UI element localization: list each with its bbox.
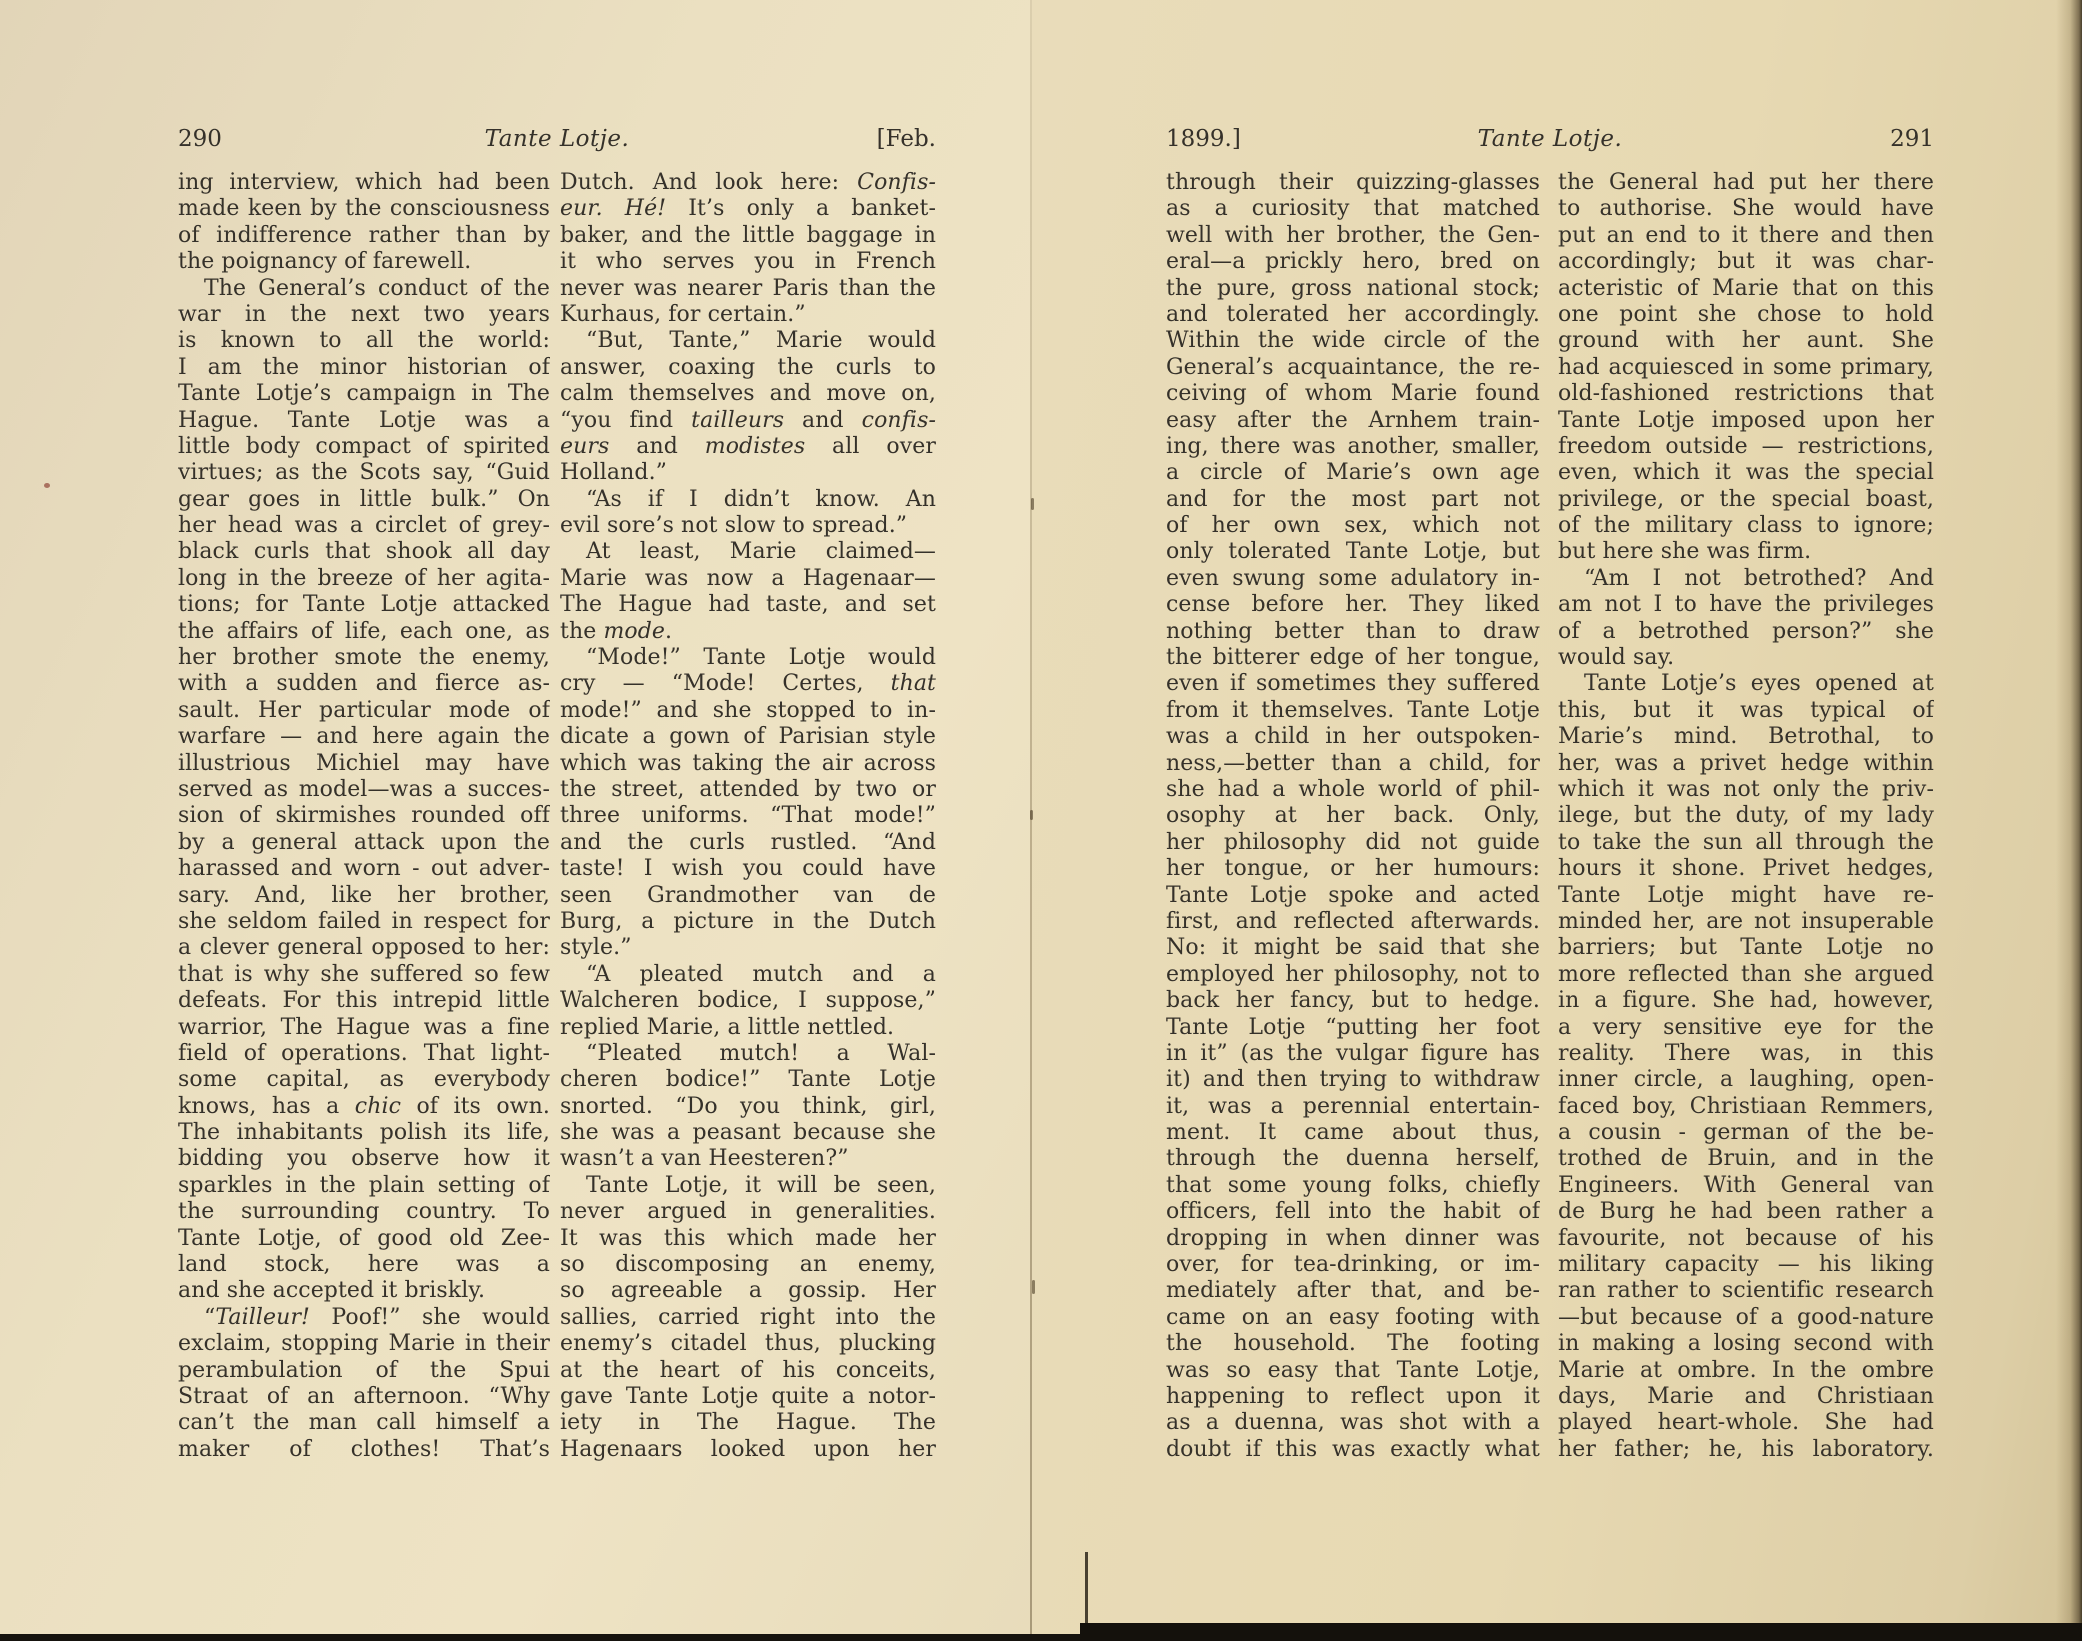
- text-line: the surrounding country. To: [178, 1199, 550, 1225]
- text-line: ground with her aunt. She: [1558, 328, 1934, 354]
- page-edge-nick: [1031, 498, 1034, 510]
- text-line: “you find tailleurs and confis-: [560, 408, 936, 434]
- page-number: 291: [1890, 126, 1934, 152]
- text-column: Dutch. And look here: Confis-eur. Hé! It…: [560, 170, 936, 1463]
- text-line: The Hague had taste, and set: [560, 592, 936, 618]
- text-line: made keen by the consciousness: [178, 196, 550, 222]
- text-line: maker of clothes! That’s: [178, 1437, 550, 1463]
- text-line: Marie’s mind. Betrothal, to: [1558, 724, 1934, 750]
- text-line: Marie was now a Hagenaar—: [560, 566, 936, 592]
- paragraph: “Am I not betrothed? Andam not I to have…: [1558, 566, 1934, 672]
- text-line: trothed de Bruin, and in the: [1558, 1146, 1934, 1172]
- text-line: the poignancy of farewell.: [178, 249, 550, 275]
- text-line: warfare — and here again the: [178, 724, 550, 750]
- text-line: eral—a prickly hero, bred on: [1166, 249, 1540, 275]
- text-line: the General had put her there: [1558, 170, 1934, 196]
- text-line: Hagenaars looked upon her: [560, 1437, 936, 1463]
- text-line: in a figure. She had, however,: [1558, 988, 1934, 1014]
- text-line: “Am I not betrothed? And: [1558, 566, 1934, 592]
- text-line: so discomposing an enemy,: [560, 1252, 936, 1278]
- text-line: even swung some adulatory in-: [1166, 566, 1540, 592]
- text-line: her philosophy did not guide: [1166, 830, 1540, 856]
- text-line: Tante Lotje might have re-: [1558, 883, 1934, 909]
- text-line: it) and then trying to withdraw: [1166, 1067, 1540, 1093]
- page-edge-nick: [1030, 810, 1033, 820]
- text-line: to authorise. She would have: [1558, 196, 1934, 222]
- text-line: “As if I didn’t know. An: [560, 487, 936, 513]
- text-line: minded her, are not insuperable: [1558, 909, 1934, 935]
- text-line: her head was a circlet of grey-: [178, 513, 550, 539]
- text-line: The General’s conduct of the: [178, 276, 550, 302]
- text-line: cheren bodice!” Tante Lotje: [560, 1067, 936, 1093]
- text-line: The inhabitants polish its life,: [178, 1120, 550, 1146]
- paragraph: ing interview, which had beenmade keen b…: [178, 170, 550, 276]
- text-line: calm themselves and move on,: [560, 381, 936, 407]
- text-line: am not I to have the privileges: [1558, 592, 1934, 618]
- text-line: sion of skirmishes rounded off: [178, 803, 550, 829]
- text-line: the bitterer edge of her tongue,: [1166, 645, 1540, 671]
- text-line: exclaim, stopping Marie in their: [178, 1331, 550, 1357]
- text-line: acteristic of Marie that on this: [1558, 276, 1934, 302]
- text-line: military capacity — his liking: [1558, 1252, 1934, 1278]
- text-line: put an end to it there and then: [1558, 223, 1934, 249]
- text-line: had acquiesced in some primary,: [1558, 355, 1934, 381]
- paragraph: At least, Marie claimed—Marie was now a …: [560, 539, 936, 645]
- text-line: “A pleated mutch and a: [560, 962, 936, 988]
- text-line: favourite, not because of his: [1558, 1226, 1934, 1252]
- text-line: even if sometimes they suffered: [1166, 671, 1540, 697]
- text-line: of indifference rather than by: [178, 223, 550, 249]
- text-line: taste! I wish you could have: [560, 856, 936, 882]
- text-line: evil sore’s not slow to spread.”: [560, 513, 936, 539]
- text-line: a circle of Marie’s own age: [1166, 460, 1540, 486]
- ink-speck: [44, 483, 50, 488]
- text-line: “But, Tante,” Marie would: [560, 328, 936, 354]
- text-line: eurs and modistes all over: [560, 434, 936, 460]
- text-line: came on an easy footing with: [1166, 1305, 1540, 1331]
- text-line: inner circle, a laughing, open-: [1558, 1067, 1934, 1093]
- text-line: dicate a gown of Parisian style: [560, 724, 936, 750]
- text-line: harassed and worn - out adver-: [178, 856, 550, 882]
- text-line: land stock, here was a challenge,: [178, 1252, 550, 1278]
- text-line: tions; for Tante Lotje attacked: [178, 592, 550, 618]
- text-line: in making a losing second with: [1558, 1331, 1934, 1357]
- text-line: her tongue, or her humours:: [1166, 856, 1540, 882]
- text-line: of a betrothed person?” she: [1558, 619, 1934, 645]
- text-line: seen Grandmother van de: [560, 883, 936, 909]
- issue-marker: [Feb.: [877, 126, 936, 152]
- text-line: in it” (as the vulgar figure has: [1166, 1041, 1540, 1067]
- right-page-header: 1899.] Tante Lotje. 291: [1166, 126, 1934, 156]
- text-line: officers, fell into the habit of: [1166, 1199, 1540, 1225]
- text-line: played heart-whole. She had: [1558, 1410, 1934, 1436]
- text-line: Marie at ombre. In the ombre: [1558, 1358, 1934, 1384]
- text-line: more reflected than she argued: [1558, 962, 1934, 988]
- text-line: Kurhaus, for certain.”: [560, 302, 936, 328]
- text-line: Tante Lotje’s campaign in The: [178, 381, 550, 407]
- text-line: mode!” and she stopped to in-: [560, 698, 936, 724]
- deckle-edge: [2056, 0, 2082, 1641]
- paragraph: Tante Lotje’s eyes opened atthis, but it…: [1558, 671, 1934, 1463]
- text-line: to take the sun all through the: [1558, 830, 1934, 856]
- paragraph: The General’s conduct of thewar in the n…: [178, 276, 550, 1305]
- text-line: defeats. For this intrepid little: [178, 988, 550, 1014]
- text-line: Tante Lotje, it will be seen,: [560, 1173, 936, 1199]
- text-line: ness,—better than a child, for: [1166, 751, 1540, 777]
- running-title: Tante Lotje.: [1166, 126, 1934, 152]
- text-line: which was taking the air across: [560, 751, 936, 777]
- text-line: Within the wide circle of the: [1166, 328, 1540, 354]
- text-line: as a curiosity that matched: [1166, 196, 1540, 222]
- text-line: “Pleated mutch! a Wal-: [560, 1041, 936, 1067]
- text-line: but here she was firm.: [1558, 539, 1934, 565]
- text-line: it, was a perennial entertain-: [1166, 1094, 1540, 1120]
- text-line: gave Tante Lotje quite a notor-: [560, 1384, 936, 1410]
- text-line: which it was not only the priv-: [1558, 777, 1934, 803]
- text-line: that is why she suffered so few: [178, 962, 550, 988]
- text-line: through their quizzing-glasses: [1166, 170, 1540, 196]
- text-line: served as model—was a succes-: [178, 777, 550, 803]
- text-line: Holland.”: [560, 460, 936, 486]
- text-line: over, for tea-drinking, or im-: [1166, 1252, 1540, 1278]
- text-line: and she accepted it briskly.: [178, 1278, 550, 1304]
- text-line: Tante Lotje imposed upon her: [1558, 408, 1934, 434]
- text-line: sparkles in the plain setting of: [178, 1173, 550, 1199]
- text-line: she was a peasant because she: [560, 1120, 936, 1146]
- text-line: her brother smote the enemy,: [178, 645, 550, 671]
- text-line: never was nearer Paris than the: [560, 276, 936, 302]
- text-line: replied Marie, a little nettled.: [560, 1015, 936, 1041]
- text-line: from it themselves. Tante Lotje: [1166, 698, 1540, 724]
- text-line: the pure, gross national stock;: [1166, 276, 1540, 302]
- text-line: long in the breeze of her agita-: [178, 566, 550, 592]
- text-line: some capital, as everybody: [178, 1067, 550, 1093]
- text-line: reality. There was, in this: [1558, 1041, 1934, 1067]
- text-line: and for the most part not: [1166, 487, 1540, 513]
- paragraph: “As if I didn’t know. Anevil sore’s not …: [560, 487, 936, 540]
- text-line: osophy at her back. Only,: [1166, 803, 1540, 829]
- text-line: Hague. Tante Lotje was a: [178, 408, 550, 434]
- text-line: can’t the man call himself a: [178, 1410, 550, 1436]
- book-scan: { "left_page": { "page_number": "290", "…: [0, 0, 2082, 1641]
- text-line: cry — “Mode! Certes, that: [560, 671, 936, 697]
- text-line: was so easy that Tante Lotje,: [1166, 1358, 1540, 1384]
- gutter-seam: [1030, 0, 1032, 1641]
- text-line: mediately after that, and be-: [1166, 1278, 1540, 1304]
- text-line: and tolerated her accordingly.: [1166, 302, 1540, 328]
- text-line: illustrious Michiel may have: [178, 751, 550, 777]
- text-line: No: it might be said that she: [1166, 935, 1540, 961]
- text-line: first, and reflected afterwards.: [1166, 909, 1540, 935]
- text-line: accordingly; but it was char-: [1558, 249, 1934, 275]
- text-line: “Tailleur! Poof!” she would: [178, 1305, 550, 1331]
- text-line: Walcheren bodice, I suppose,”: [560, 988, 936, 1014]
- text-line: she seldom failed in respect for: [178, 909, 550, 935]
- text-line: Tante Lotje, of good old Zee-: [178, 1226, 550, 1252]
- text-line: ment. It came about thus,: [1166, 1120, 1540, 1146]
- text-line: faced boy, Christiaan Remmers,: [1558, 1094, 1934, 1120]
- text-line: three uniforms. “That mode!”: [560, 803, 936, 829]
- paragraph: through their quizzing-glassesas a curio…: [1166, 170, 1540, 1463]
- text-line: eur. Hé! It’s only a banket-: [560, 196, 936, 222]
- text-line: cense before her. They liked: [1166, 592, 1540, 618]
- text-line: At least, Marie claimed—: [560, 539, 936, 565]
- text-line: ran rather to scientific research: [1558, 1278, 1934, 1304]
- text-line: of her own sex, which not: [1166, 513, 1540, 539]
- text-line: ceiving of whom Marie found: [1166, 381, 1540, 407]
- text-line: the household. The footing: [1166, 1331, 1540, 1357]
- text-line: —but because of a good-nature: [1558, 1305, 1934, 1331]
- text-line: one point she chose to hold: [1558, 302, 1934, 328]
- text-line: as a duenna, was shot with a: [1166, 1410, 1540, 1436]
- text-line: days, Marie and Christiaan: [1558, 1384, 1934, 1410]
- text-line: is known to all the world:: [178, 328, 550, 354]
- text-line: sary. And, like her brother,: [178, 883, 550, 909]
- text-line: of the military class to ignore;: [1558, 513, 1934, 539]
- text-line: even, which it was the special: [1558, 460, 1934, 486]
- text-line: her, was a privet hedge within: [1558, 751, 1934, 777]
- text-line: a cousin - german of the be-: [1558, 1120, 1934, 1146]
- text-line: would say.: [1558, 645, 1934, 671]
- text-line: she had a whole world of phil-: [1166, 777, 1540, 803]
- text-line: warrior, The Hague was a fine: [178, 1015, 550, 1041]
- text-line: well with her brother, the Gen-: [1166, 223, 1540, 249]
- text-line: her father; he, his laboratory.: [1558, 1437, 1934, 1463]
- text-line: so agreeable a gossip. Her: [560, 1278, 936, 1304]
- text-line: that some young folks, chiefly: [1166, 1173, 1540, 1199]
- text-line: privilege, or the special boast,: [1558, 487, 1934, 513]
- text-line: Burg, a picture in the Dutch: [560, 909, 936, 935]
- text-line: style.”: [560, 935, 936, 961]
- text-line: iety in The Hague. The: [560, 1410, 936, 1436]
- text-line: dropping in when dinner was: [1166, 1226, 1540, 1252]
- text-line: ing, there was another, smaller,: [1166, 434, 1540, 460]
- paragraph: “Tailleur! Poof!” she wouldexclaim, stop…: [178, 1305, 550, 1463]
- text-line: de Burg he had been rather a: [1558, 1199, 1934, 1225]
- text-line: ing interview, which had been: [178, 170, 550, 196]
- paragraph: “But, Tante,” Marie wouldanswer, coaxing…: [560, 328, 936, 486]
- text-line: perambulation of the Spui: [178, 1358, 550, 1384]
- running-title: Tante Lotje.: [178, 126, 936, 152]
- text-line: happening to reflect upon it: [1166, 1384, 1540, 1410]
- text-line: I am the minor historian of: [178, 355, 550, 381]
- text-line: through the duenna herself,: [1166, 1146, 1540, 1172]
- text-line: little body compact of spirited: [178, 434, 550, 460]
- paragraph: the General had put her thereto authoris…: [1558, 170, 1934, 566]
- text-line: enemy’s citadel thus, plucking: [560, 1331, 936, 1357]
- text-line: sallies, carried right into the: [560, 1305, 936, 1331]
- bottom-scan-bar: [1080, 1623, 2082, 1641]
- text-line: nothing better than to draw: [1166, 619, 1540, 645]
- text-line: Engineers. With General van: [1558, 1173, 1934, 1199]
- paragraph: “Mode!” Tante Lotje wouldcry — “Mode! Ce…: [560, 645, 936, 962]
- text-line: black curls that shook all day: [178, 539, 550, 565]
- text-line: baker, and the little baggage in: [560, 223, 936, 249]
- text-line: at the heart of his conceits,: [560, 1358, 936, 1384]
- page-edge-nick: [1032, 1280, 1035, 1294]
- text-line: answer, coaxing the curls to: [560, 355, 936, 381]
- text-line: war in the next two years: [178, 302, 550, 328]
- text-line: by a general attack upon the: [178, 830, 550, 856]
- text-line: and the curls rustled. “And: [560, 830, 936, 856]
- text-column: ing interview, which had beenmade keen b…: [178, 170, 550, 1463]
- text-line: virtues; as the Scots say, “Guid: [178, 460, 550, 486]
- left-page-header: 290 Tante Lotje. [Feb.: [178, 126, 936, 156]
- text-line: field of operations. That light-: [178, 1041, 550, 1067]
- text-line: General’s acquaintance, the re-: [1166, 355, 1540, 381]
- text-line: a clever general opposed to her:: [178, 935, 550, 961]
- text-line: bidding you observe how it: [178, 1146, 550, 1172]
- text-line: hours it shone. Privet hedges,: [1558, 856, 1934, 882]
- text-line: snorted. “Do you think, girl,: [560, 1094, 936, 1120]
- text-line: this, but it was typical of: [1558, 698, 1934, 724]
- text-line: barriers; but Tante Lotje no: [1558, 935, 1934, 961]
- text-line: easy after the Arnhem train-: [1166, 408, 1540, 434]
- text-line: gear goes in little bulk.” On: [178, 487, 550, 513]
- text-column: through their quizzing-glassesas a curio…: [1166, 170, 1540, 1463]
- text-line: “Mode!” Tante Lotje would: [560, 645, 936, 671]
- paragraph: “Pleated mutch! a Wal-cheren bodice!” Ta…: [560, 1041, 936, 1173]
- text-line: wasn’t a van Heesteren?”: [560, 1146, 936, 1172]
- text-line: Dutch. And look here: Confis-: [560, 170, 936, 196]
- paragraph: “A pleated mutch and aWalcheren bodice, …: [560, 962, 936, 1041]
- text-column: the General had put her thereto authoris…: [1558, 170, 1934, 1463]
- text-line: the affairs of life, each one, as: [178, 619, 550, 645]
- text-line: freedom outside — restrictions,: [1558, 434, 1934, 460]
- paragraph: Tante Lotje, it will be seen,never argue…: [560, 1173, 936, 1463]
- paragraph: Dutch. And look here: Confis-eur. Hé! It…: [560, 170, 936, 328]
- text-line: was a child in her outspoken-: [1166, 724, 1540, 750]
- text-line: back her fancy, but to hedge.: [1166, 988, 1540, 1014]
- text-line: only tolerated Tante Lotje, but: [1166, 539, 1540, 565]
- text-line: Straat of an afternoon. “Why: [178, 1384, 550, 1410]
- text-line: ilege, but the duty, of my lady: [1558, 803, 1934, 829]
- text-line: It was this which made her: [560, 1226, 936, 1252]
- text-line: the street, attended by two or: [560, 777, 936, 803]
- text-line: Tante Lotje “putting her foot: [1166, 1015, 1540, 1041]
- text-line: a very sensitive eye for the: [1558, 1015, 1934, 1041]
- text-line: Tante Lotje’s eyes opened at: [1558, 671, 1934, 697]
- text-line: Tante Lotje spoke and acted: [1166, 883, 1540, 909]
- text-line: knows, has a chic of its own.: [178, 1094, 550, 1120]
- text-line: with a sudden and fierce as-: [178, 671, 550, 697]
- text-line: sault. Her particular mode of: [178, 698, 550, 724]
- text-line: employed her philosophy, not to: [1166, 962, 1540, 988]
- bottom-scan-bar: [0, 1634, 1080, 1641]
- text-line: old-fashioned restrictions that: [1558, 381, 1934, 407]
- text-line: never argued in generalities.: [560, 1199, 936, 1225]
- text-line: the mode.: [560, 619, 936, 645]
- text-line: doubt if this was exactly what: [1166, 1437, 1540, 1463]
- text-line: it who serves you in French: [560, 249, 936, 275]
